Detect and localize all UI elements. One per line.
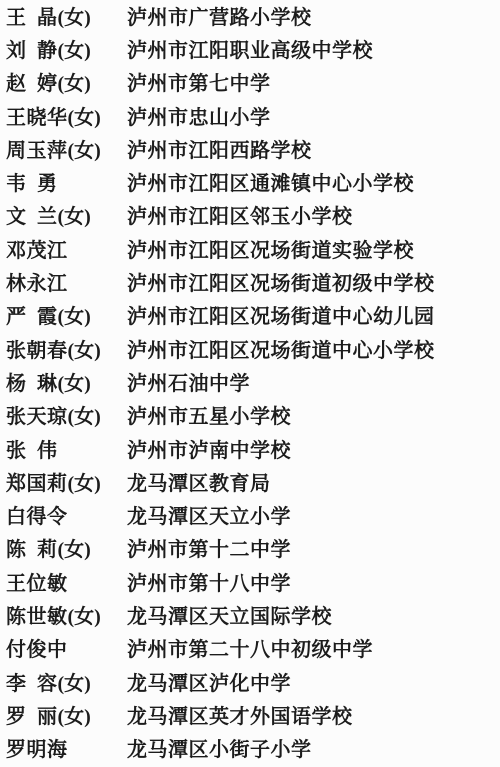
gender-note: (女) [68,340,101,362]
list-item: 王晓华(女)泸州市忠山小学 [6,101,500,134]
person-name: 杨 琳(女) [6,374,127,394]
list-item: 杨 琳(女)泸州石油中学 [6,367,500,400]
person-name: 罗明海 [6,740,127,760]
gender-note: (女) [58,673,91,695]
person-name: 周玉萍(女) [6,141,127,161]
school-name: 泸州市第十八中学 [127,574,500,594]
gender-note: (女) [68,606,101,628]
list-item: 李 容(女)龙马潭区泸化中学 [6,667,500,700]
gender-note: (女) [58,306,91,328]
list-item: 文 兰(女)泸州市江阳区邻玉小学校 [6,201,500,234]
list-item: 刘 静(女)泸州市江阳职业高级中学校 [6,34,500,67]
list-item: 王 晶(女)泸州市广营路小学校 [6,1,500,34]
scanned-document-page: 王 晶(女)泸州市广营路小学校刘 静(女)泸州市江阳职业高级中学校赵 婷(女)泸… [0,0,500,767]
list-item: 付俊中泸州市第二十八中初级中学 [6,634,500,667]
school-name: 泸州市第十二中学 [127,540,500,560]
school-name: 龙马潭区天立国际学校 [127,607,500,627]
person-name: 陈世敏(女) [6,607,127,627]
person-name: 白得令 [6,507,127,527]
school-name: 泸州市泸南中学校 [127,441,500,461]
gender-note: (女) [58,7,91,29]
list-item: 张 伟泸州市泸南中学校 [6,434,500,467]
list-item: 张天琼(女)泸州市五星小学校 [6,401,500,434]
person-name: 付俊中 [6,640,127,660]
person-name: 文 兰(女) [6,207,127,227]
person-name: 严 霞(女) [6,307,127,327]
gender-note: (女) [58,206,91,228]
school-name: 龙马潭区教育局 [127,474,500,494]
person-name: 罗 丽(女) [6,707,127,727]
school-name: 泸州市江阳区况场街道初级中学校 [127,274,500,294]
list-item: 陈世敏(女)龙马潭区天立国际学校 [6,600,500,633]
school-name: 泸州石油中学 [127,374,500,394]
school-name: 泸州市第二十八中初级中学 [127,640,500,660]
person-name: 张天琼(女) [6,407,127,427]
person-name: 郑国莉(女) [6,474,127,494]
school-name: 泸州市江阳区况场街道实验学校 [127,241,500,261]
roster-rows: 王 晶(女)泸州市广营路小学校刘 静(女)泸州市江阳职业高级中学校赵 婷(女)泸… [6,1,500,767]
gender-note: (女) [58,539,91,561]
school-name: 泸州市江阳西路学校 [127,141,500,161]
list-item: 韦 勇泸州市江阳区通滩镇中心小学校 [6,167,500,200]
school-name: 泸州市广营路小学校 [127,8,500,28]
school-name: 龙马潭区天立小学 [127,507,500,527]
gender-note: (女) [58,373,91,395]
school-name: 龙马潭区小街子小学 [127,740,500,760]
list-item: 林永江泸州市江阳区况场街道初级中学校 [6,267,500,300]
school-name: 泸州市江阳职业高级中学校 [127,41,500,61]
gender-note: (女) [68,406,101,428]
list-item: 白得令龙马潭区天立小学 [6,500,500,533]
list-item: 王位敏泸州市第十八中学 [6,567,500,600]
gender-note: (女) [68,107,101,129]
gender-note: (女) [68,473,101,495]
person-name: 张 伟 [6,441,127,461]
school-name: 泸州市第七中学 [127,74,500,94]
gender-note: (女) [58,706,91,728]
gender-note: (女) [58,40,91,62]
school-name: 泸州市江阳区邻玉小学校 [127,207,500,227]
person-name: 李 容(女) [6,674,127,694]
person-name: 林永江 [6,274,127,294]
school-name: 泸州市忠山小学 [127,108,500,128]
list-item: 赵 婷(女)泸州市第七中学 [6,68,500,101]
list-item: 邓茂江泸州市江阳区况场街道实验学校 [6,234,500,267]
list-item: 罗 丽(女)龙马潭区英才外国语学校 [6,700,500,733]
school-name: 龙马潭区英才外国语学校 [127,707,500,727]
list-item: 陈 莉(女)泸州市第十二中学 [6,534,500,567]
school-name: 泸州市江阳区况场街道中心幼儿园 [127,307,500,327]
school-name: 泸州市江阳区况场街道中心小学校 [127,341,500,361]
person-name: 陈 莉(女) [6,540,127,560]
gender-note: (女) [68,140,101,162]
school-name: 泸州市江阳区通滩镇中心小学校 [127,174,500,194]
list-item: 罗明海龙马潭区小街子小学 [6,734,500,767]
school-name: 龙马潭区泸化中学 [127,674,500,694]
person-name: 王位敏 [6,574,127,594]
person-name: 赵 婷(女) [6,74,127,94]
person-name: 王晓华(女) [6,108,127,128]
school-name: 泸州市五星小学校 [127,407,500,427]
list-item: 郑国莉(女)龙马潭区教育局 [6,467,500,500]
gender-note: (女) [58,73,91,95]
person-name: 刘 静(女) [6,41,127,61]
person-name: 张朝春(女) [6,341,127,361]
list-item: 周玉萍(女)泸州市江阳西路学校 [6,134,500,167]
person-name: 韦 勇 [6,174,127,194]
person-name: 王 晶(女) [6,8,127,28]
list-item: 张朝春(女)泸州市江阳区况场街道中心小学校 [6,334,500,367]
person-name: 邓茂江 [6,241,127,261]
list-item: 严 霞(女)泸州市江阳区况场街道中心幼儿园 [6,301,500,334]
